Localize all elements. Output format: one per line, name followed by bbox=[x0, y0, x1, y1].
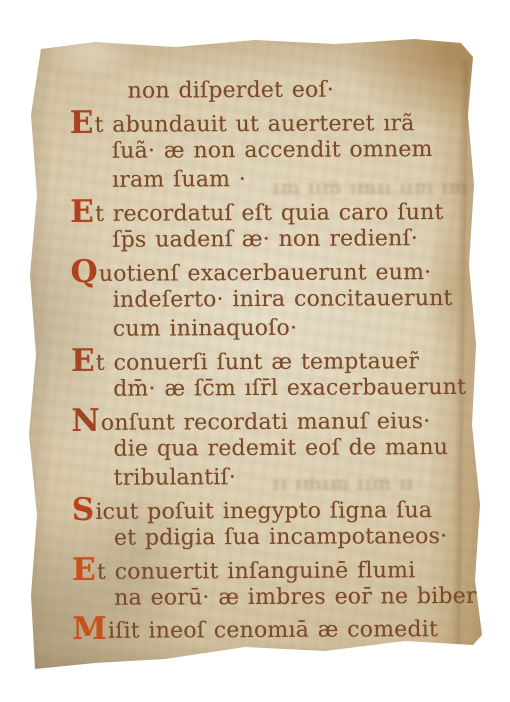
manuscript-leaf: ım ııṁ ımıı ıım ıṁ ıı ıṁım ıım ıı non di… bbox=[25, 35, 487, 675]
rubricated-initial: N bbox=[71, 403, 100, 439]
line-text: t abundauit ut auerteret ırã bbox=[95, 111, 415, 138]
rubricated-initial: Q bbox=[70, 254, 97, 290]
line-text: ıram ſuam · bbox=[112, 167, 246, 193]
photo-background: ım ııṁ ımıı ıım ıṁ ıı ıṁım ıım ıı non di… bbox=[0, 0, 510, 702]
manuscript-line: Miſit ineoſ cenomıā æ comedit bbox=[72, 611, 438, 647]
manuscript-line: dm̄· æ ſc̄m ıſr̄l exacerbauerunt bbox=[113, 373, 466, 405]
line-text: cum ininaquoſo· bbox=[113, 316, 297, 342]
line-text: icut poſuit inegypto ſigna ſua bbox=[95, 498, 432, 525]
manuscript-line: tribulantiſ· bbox=[114, 463, 237, 494]
manuscript-line: indeſerto· inira concitauerunt bbox=[113, 284, 453, 316]
rubricated-initial: E bbox=[70, 105, 94, 141]
line-text: dm̄· æ ſc̄m ıſr̄l exacerbauerunt bbox=[113, 375, 466, 402]
line-text: t recordatuſ eſt quia caro ſunt bbox=[95, 200, 444, 227]
line-text: die qua redemit eoſ de manu bbox=[113, 435, 448, 462]
line-text: ſp̄s uadenſ æ· non redienſ· bbox=[112, 226, 418, 253]
manuscript-line: ıram ſuam · bbox=[112, 165, 246, 196]
line-text: na eorū· æ imbres eor̄ ne biberēt bbox=[114, 583, 499, 610]
text-block: non diſperdet eoſ·Et abundauit ut auerte… bbox=[23, 34, 488, 676]
line-text: et pdigia ſua incampotaneos· bbox=[114, 524, 447, 551]
line-text: uotienſ exacerbauerunt eum· bbox=[99, 260, 432, 287]
manuscript-line: die qua redemit eoſ de manu bbox=[113, 433, 448, 465]
line-text: ſuã· æ non accendit omnem bbox=[112, 137, 433, 164]
rubricated-initial: E bbox=[70, 194, 94, 230]
line-text: non diſperdet eoſ· bbox=[128, 78, 335, 104]
line-text: tribulantiſ· bbox=[114, 465, 237, 491]
manuscript-line: ſp̄s uadenſ æ· non redienſ· bbox=[112, 224, 418, 256]
manuscript-line: cum ininaquoſo· bbox=[113, 314, 297, 345]
rubricated-initial: S bbox=[72, 492, 95, 528]
manuscript-line: ſuã· æ non accendit omnem bbox=[112, 135, 433, 167]
line-text: t conuertit inſanguinē flumi bbox=[97, 558, 416, 585]
manuscript-line: na eorū· æ imbres eor̄ ne biberēt bbox=[114, 581, 499, 613]
rubricated-initial: E bbox=[72, 552, 96, 588]
line-text: t conuerſi ſunt æ temptauer̃ bbox=[96, 349, 419, 376]
manuscript-line: et pdigia ſua incampotaneos· bbox=[114, 522, 447, 554]
rubricated-initial: E bbox=[71, 343, 95, 379]
line-text: iſit ineoſ cenomıā æ comedit bbox=[108, 617, 438, 644]
manuscript-line: non diſperdet eoſ· bbox=[128, 76, 335, 107]
line-text: onſunt recordati manuſ eius· bbox=[101, 409, 431, 436]
line-text: indeſerto· inira concitauerunt bbox=[113, 286, 453, 313]
rubricated-initial: M bbox=[72, 611, 107, 647]
